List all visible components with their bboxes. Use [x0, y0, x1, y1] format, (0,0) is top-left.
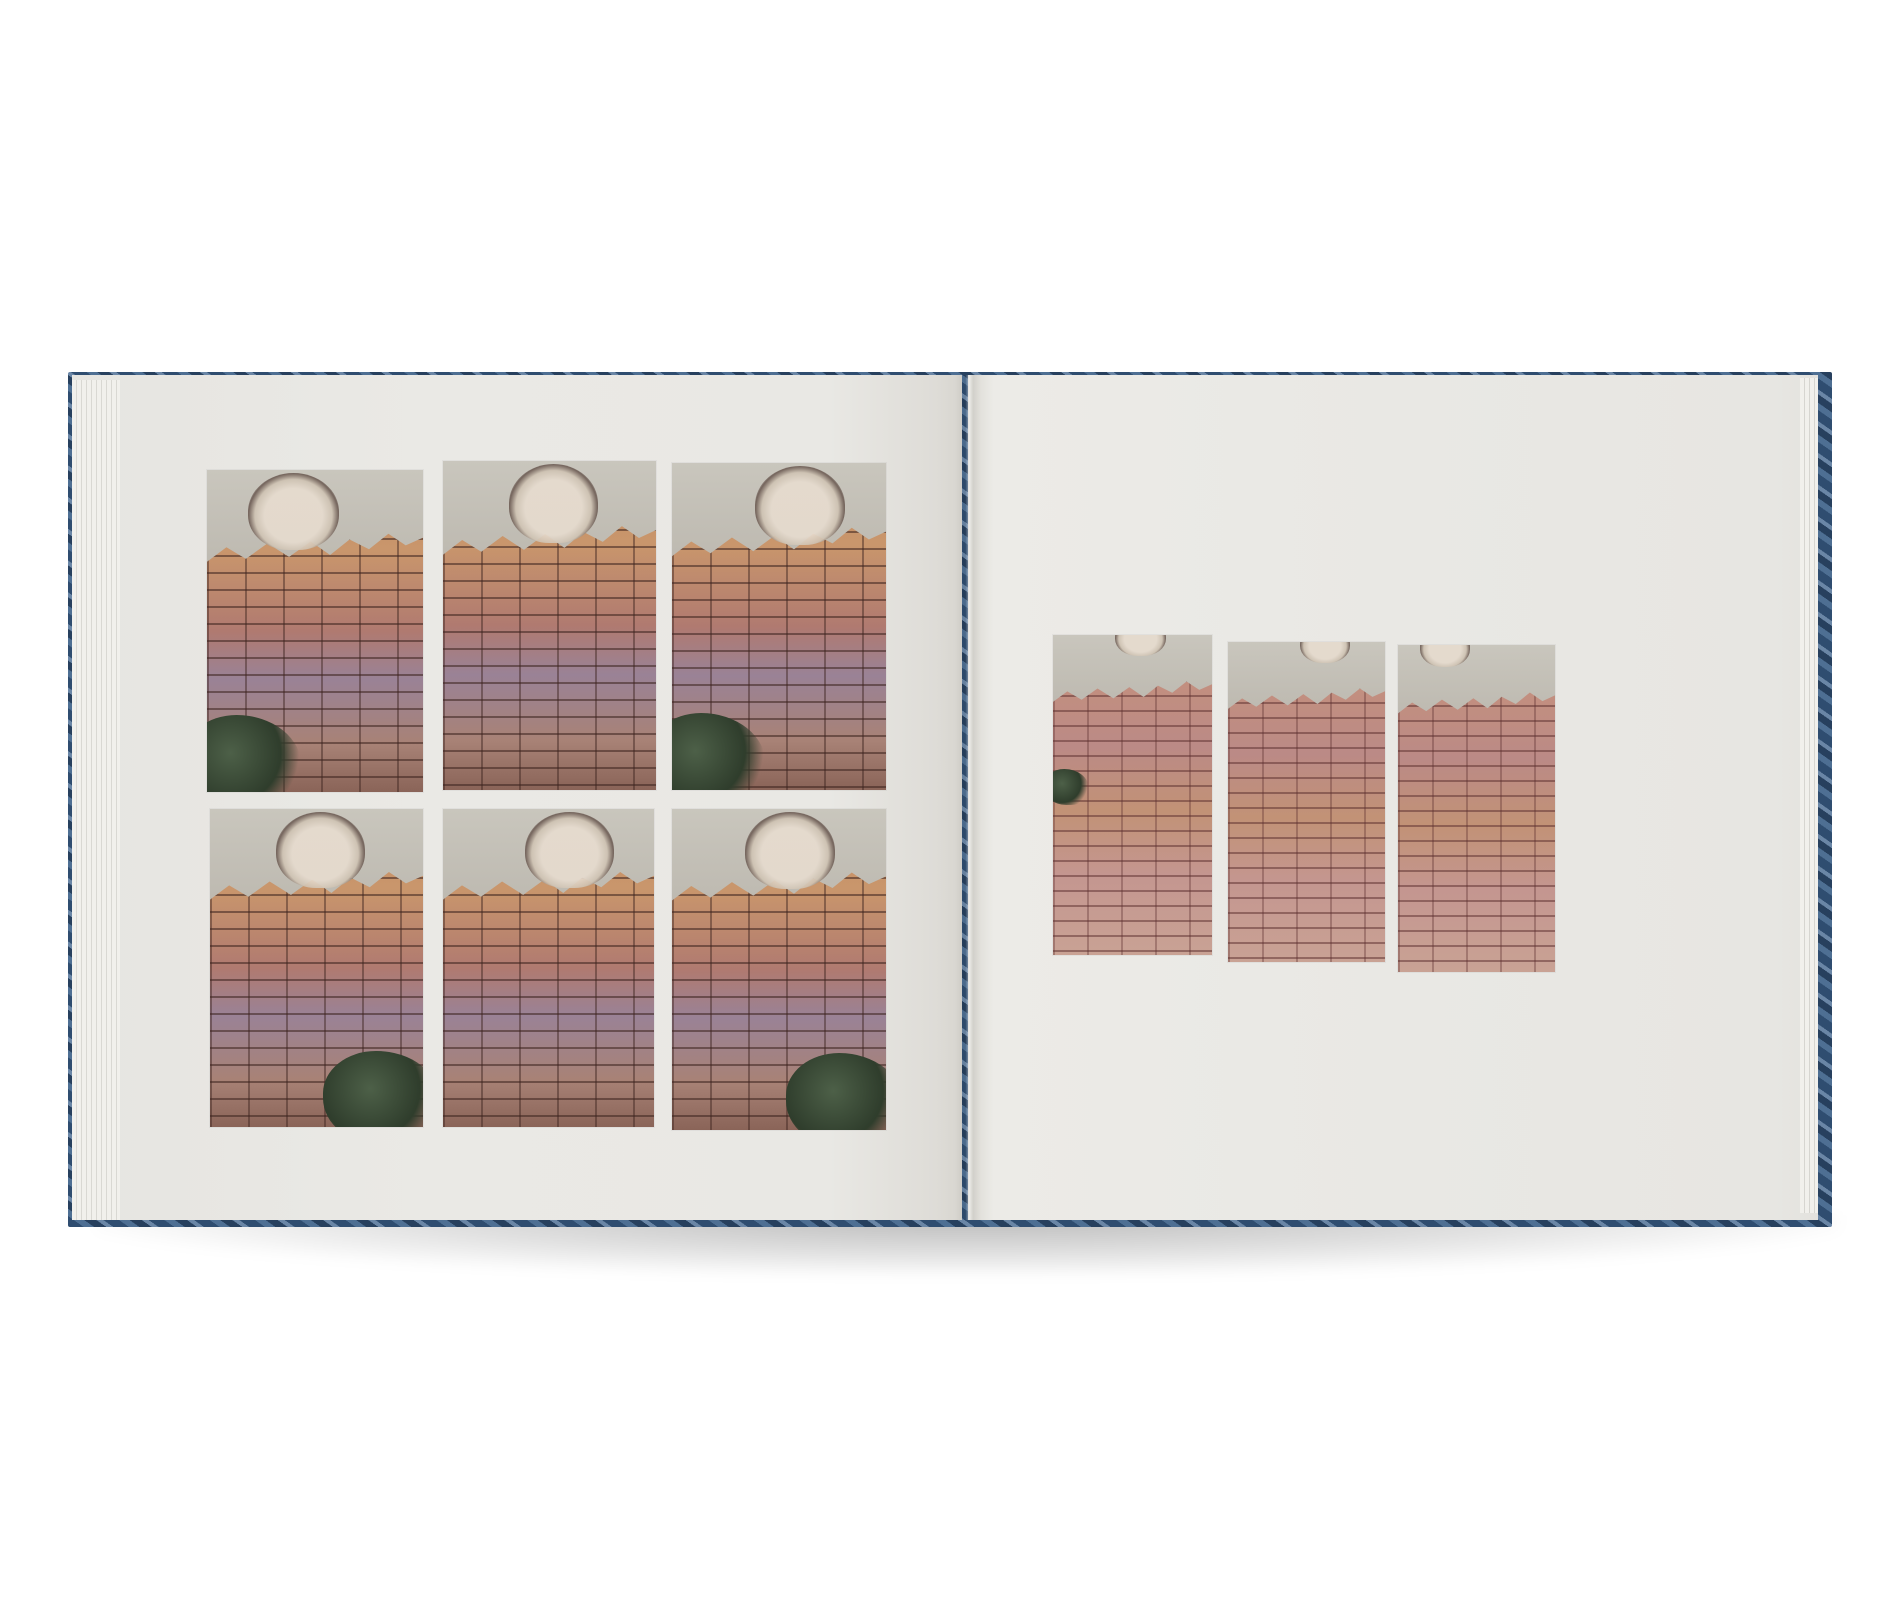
- foliage: [786, 1053, 886, 1130]
- photo-l2: [443, 461, 656, 790]
- right-page-edges: [1800, 378, 1818, 1213]
- photo-l1: [207, 470, 423, 792]
- photo-l6: [672, 809, 886, 1130]
- photo-r1: [1053, 635, 1212, 955]
- photo-l5: [443, 809, 654, 1127]
- photo-l4: [210, 809, 423, 1127]
- foliage: [323, 1051, 423, 1127]
- left-page-edges: [72, 380, 120, 1220]
- poster-face: [745, 812, 835, 889]
- photo-l3: [672, 463, 886, 790]
- poster-face: [509, 464, 598, 543]
- poster-face: [248, 473, 339, 550]
- photo-r3: [1398, 645, 1555, 972]
- poster-face: [525, 812, 614, 888]
- book-gutter: [955, 375, 981, 1220]
- poster-face: [755, 466, 845, 544]
- poster-face: [276, 812, 365, 888]
- photo-r2: [1228, 642, 1385, 962]
